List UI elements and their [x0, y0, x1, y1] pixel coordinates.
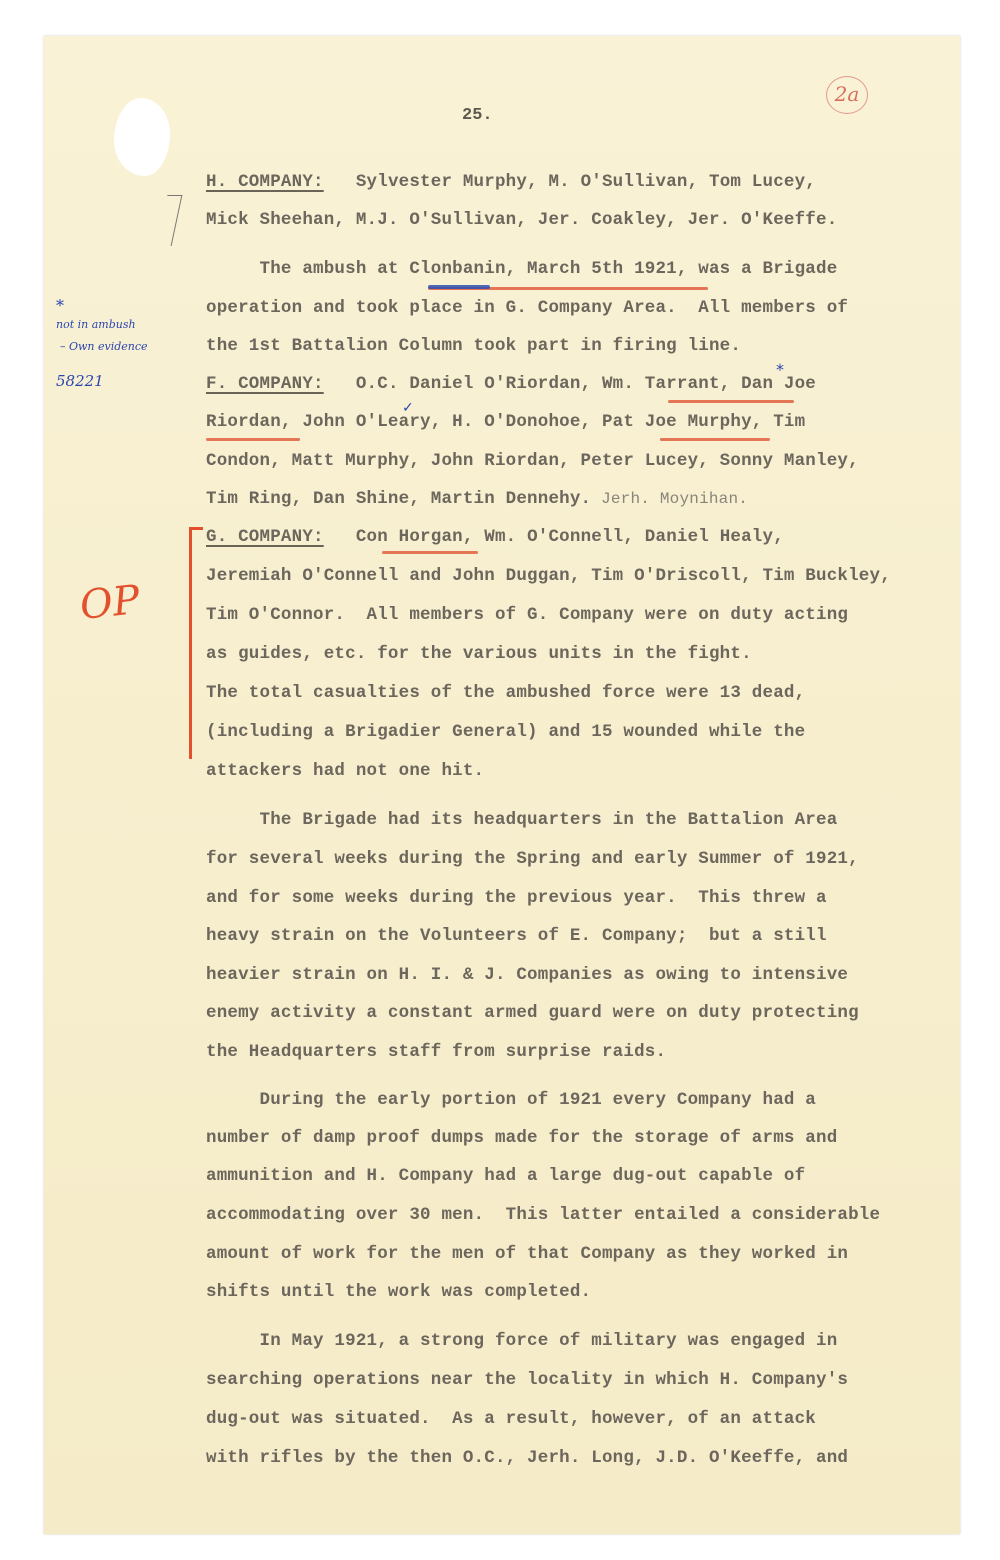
folio-mark: 2a [826, 76, 868, 114]
text-line: In May 1921, a strong force of military … [206, 1331, 837, 1351]
text-line: The Brigade had its headquarters in the … [206, 810, 837, 830]
company-heading: F. COMPANY: [206, 374, 324, 394]
line-text: number of damp proof dumps made for the … [206, 1128, 837, 1148]
line-text: amount of work for the men of that Compa… [206, 1244, 848, 1264]
line-text: enemy activity a constant armed guard we… [206, 1003, 859, 1023]
line-text: Riordan, John O'Leary, H. O'Donohoe, Pat… [206, 412, 805, 432]
text-line: and for some weeks during the previous y… [206, 888, 827, 908]
line-text: Tim Ring, Dan Shine, Martin Dennehy. [206, 489, 591, 509]
text-line: Jeremiah O'Connell and John Duggan, Tim … [206, 566, 891, 586]
red-underline-con-horgan [382, 551, 478, 554]
added-name: Jerh. Moynihan. [591, 490, 748, 508]
line-text: Tim O'Connor. All members of G. Company … [206, 605, 848, 625]
blue-tick-oleary: ✓ [402, 400, 414, 416]
line-text: accommodating over 30 men. This latter e… [206, 1205, 880, 1225]
line-text: In May 1921, a strong force of military … [206, 1331, 837, 1351]
text-line: G. COMPANY: Con Horgan, Wm. O'Connell, D… [206, 527, 784, 547]
line-text: The ambush at Clonbanin, March 5th 1921,… [206, 259, 837, 279]
line-text: attackers had not one hit. [206, 761, 484, 781]
red-bracket [189, 527, 192, 759]
line-text: heavier strain on H. I. & J. Companies a… [206, 965, 848, 985]
text-line: Riordan, John O'Leary, H. O'Donohoe, Pat… [206, 412, 805, 432]
text-line: as guides, etc. for the various units in… [206, 644, 752, 664]
blue-underline-clonbanin [428, 285, 490, 289]
text-line: the Headquarters staff from surprise rai… [206, 1042, 666, 1062]
page-number: 25. [462, 106, 493, 125]
text-line: the 1st Battalion Column took part in fi… [206, 336, 741, 356]
line-text: shifts until the work was completed. [206, 1282, 591, 1302]
blue-asterisk-tarrant: * [776, 360, 784, 379]
text-line: number of damp proof dumps made for the … [206, 1128, 837, 1148]
margin-note-line1: not in ambush [56, 318, 136, 331]
line-text: the Headquarters staff from surprise rai… [206, 1042, 666, 1062]
line-text: The total casualties of the ambushed for… [206, 683, 805, 703]
line-text: Condon, Matt Murphy, John Riordan, Peter… [206, 451, 859, 471]
red-underline-riordan [206, 438, 300, 441]
text-line: H. COMPANY: Sylvester Murphy, M. O'Sulli… [206, 172, 816, 192]
text-line: Condon, Matt Murphy, John Riordan, Peter… [206, 451, 859, 471]
line-text: Con Horgan, Wm. O'Connell, Daniel Healy, [324, 527, 784, 547]
line-text: During the early portion of 1921 every C… [206, 1090, 816, 1110]
text-line: amount of work for the men of that Compa… [206, 1244, 848, 1264]
line-text: with rifles by the then O.C., Jerh. Long… [206, 1448, 848, 1468]
text-line: attackers had not one hit. [206, 761, 484, 781]
line-text: searching operations near the locality i… [206, 1370, 848, 1390]
line-text: operation and took place in G. Company A… [206, 298, 848, 318]
line-text: dug-out was situated. As a result, howev… [206, 1409, 816, 1429]
text-line: The ambush at Clonbanin, March 5th 1921,… [206, 259, 837, 279]
text-line: enemy activity a constant armed guard we… [206, 1003, 859, 1023]
text-line: heavy strain on the Volunteers of E. Com… [206, 926, 827, 946]
red-underline-pat-joe-murphy [660, 438, 770, 441]
line-text: as guides, etc. for the various units in… [206, 644, 752, 664]
text-line: Tim Ring, Dan Shine, Martin Dennehy. Jer… [206, 489, 748, 509]
text-line: searching operations near the locality i… [206, 1370, 848, 1390]
line-text: for several weeks during the Spring and … [206, 849, 859, 869]
text-line: dug-out was situated. As a result, howev… [206, 1409, 816, 1429]
punch-hole [114, 98, 170, 176]
red-bracket-top [189, 527, 203, 530]
margin-note-ref: 58221 [56, 372, 104, 390]
text-line: The total casualties of the ambushed for… [206, 683, 805, 703]
text-line: accommodating over 30 men. This latter e… [206, 1205, 880, 1225]
company-heading: H. COMPANY: [206, 172, 324, 192]
text-line: heavier strain on H. I. & J. Companies a… [206, 965, 848, 985]
line-text: Jeremiah O'Connell and John Duggan, Tim … [206, 566, 891, 586]
line-text: heavy strain on the Volunteers of E. Com… [206, 926, 827, 946]
text-line: operation and took place in G. Company A… [206, 298, 848, 318]
line-text: The Brigade had its headquarters in the … [206, 810, 837, 830]
margin-note-line2: – Own evidence [60, 340, 148, 353]
line-text: Mick Sheehan, M.J. O'Sullivan, Jer. Coak… [206, 210, 837, 230]
text-line: F. COMPANY: O.C. Daniel O'Riordan, Wm. T… [206, 374, 816, 394]
margin-asterisk: * [56, 296, 64, 315]
text-line: ammunition and H. Company had a large du… [206, 1166, 805, 1186]
line-text: O.C. Daniel O'Riordan, Wm. Tarrant, Dan … [324, 374, 816, 394]
line-text: (including a Brigadier General) and 15 w… [206, 722, 805, 742]
line-text: Sylvester Murphy, M. O'Sullivan, Tom Luc… [324, 172, 816, 192]
text-line: During the early portion of 1921 every C… [206, 1090, 816, 1110]
text-line: with rifles by the then O.C., Jerh. Long… [206, 1448, 848, 1468]
company-heading: G. COMPANY: [206, 527, 324, 547]
text-line: for several weeks during the Spring and … [206, 849, 859, 869]
text-line: Mick Sheehan, M.J. O'Sullivan, Jer. Coak… [206, 210, 837, 230]
red-underline-tarrant [668, 400, 794, 403]
text-line: (including a Brigadier General) and 15 w… [206, 722, 805, 742]
line-text: and for some weeks during the previous y… [206, 888, 827, 908]
line-text: the 1st Battalion Column took part in fi… [206, 336, 741, 356]
text-line: Tim O'Connor. All members of G. Company … [206, 605, 848, 625]
text-line: shifts until the work was completed. [206, 1282, 591, 1302]
line-text: ammunition and H. Company had a large du… [206, 1166, 805, 1186]
red-margin-mark: OP [78, 577, 142, 629]
